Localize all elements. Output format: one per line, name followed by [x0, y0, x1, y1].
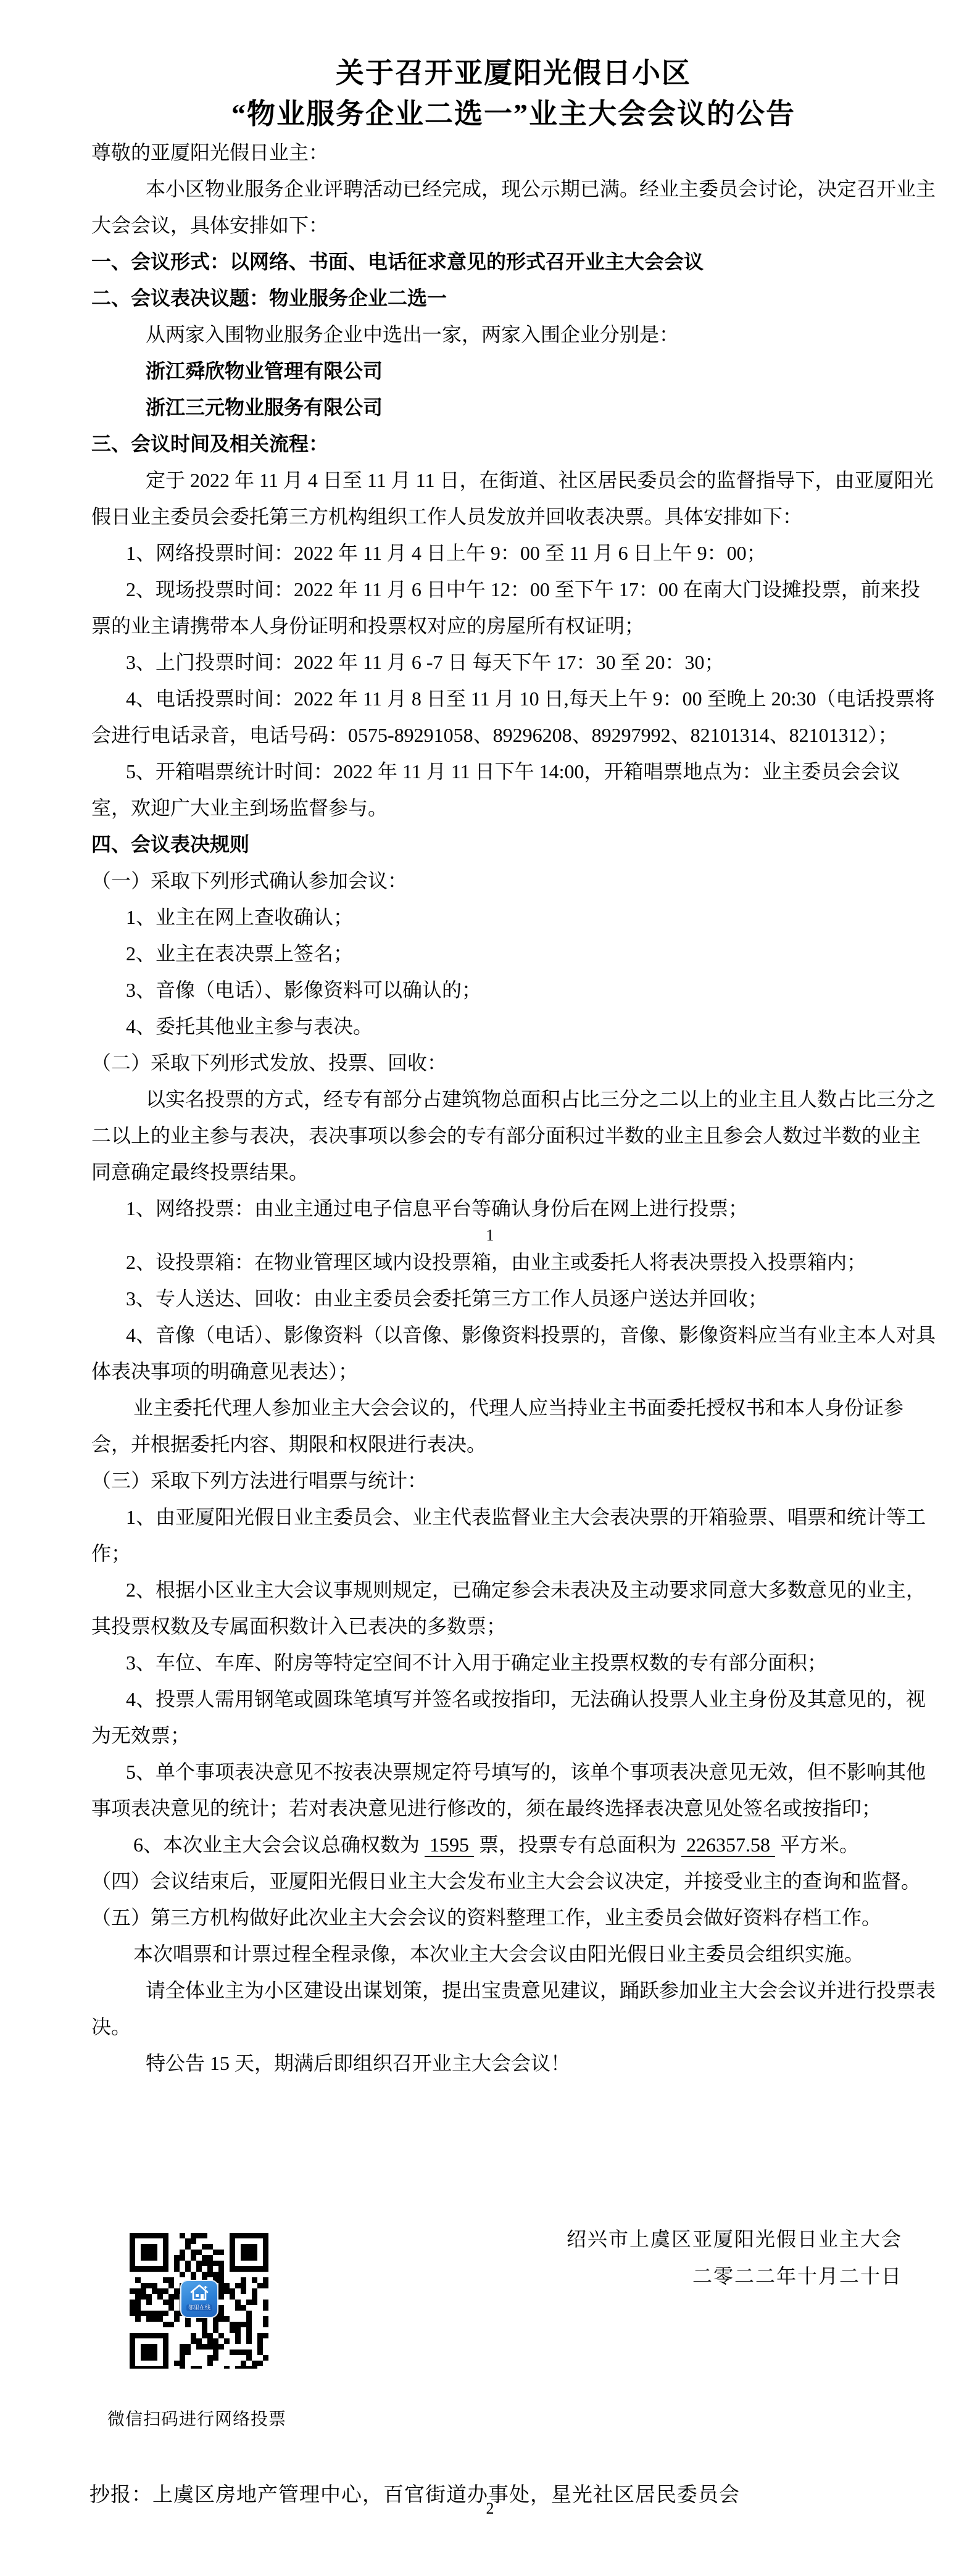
paragraph-line: 请全体业主为小区建设出谋划策，提出宝贵意见建议，踊跃参加业主大会会议并进行投票表… [91, 1972, 936, 2045]
wechat-voting-qr-code: 邻里在线 [130, 2233, 269, 2369]
paragraph-line: 浙江舜欣物业管理有限公司 [91, 353, 936, 389]
paragraph-line: （五）第三方机构做好此次业主大会会议的资料整理工作，业主委员会做好资料存档工作。 [91, 1900, 936, 1936]
paragraph-line: 2、根据小区业主大会议事规则规定，已确定参会未表决及主动要求同意大多数意见的业主… [91, 1572, 936, 1645]
paragraph-line: 5、单个事项表决意见不按表决票规定符号填写的，该单个事项表决意见无效，但不影响其… [91, 1754, 936, 1827]
paragraph-line: 4、委托其他业主参与表决。 [91, 1008, 936, 1045]
underlined-value: 1595 [425, 1834, 474, 1857]
house-icon [187, 2281, 212, 2304]
page-number-2: 2 [0, 2499, 980, 2518]
qr-center-logo: 邻里在线 [180, 2280, 218, 2318]
paragraph-line: 3、车位、车库、附房等特定空间不计入用于确定业主投票权数的专有部分面积； [91, 1645, 936, 1681]
section-heading: 四、会议表决规则 [91, 826, 936, 863]
paragraph-line: 本次唱票和计票过程全程录像，本次业主大会会议由阳光假日业主委员会组织实施。 [91, 1936, 936, 1972]
qr-caption: 微信扫码进行网络投票 [107, 2406, 286, 2430]
paragraph-line: （三）采取下列方法进行唱票与统计： [91, 1463, 936, 1499]
paragraph-line: 尊敬的亚厦阳光假日业主： [91, 135, 936, 171]
page-number-1: 1 [0, 1227, 980, 1244]
underlined-value: 226357.58 [681, 1834, 775, 1857]
paragraph-line: （一）采取下列形式确认参加会议： [91, 863, 936, 899]
paragraph-line: 1、网络投票时间：2022 年 11 月 4 日上午 9：00 至 11 月 6… [91, 535, 936, 571]
paragraph-line: 2、业主在表决票上签名； [91, 936, 936, 972]
paragraph-line: 4、音像（电话）、影像资料（以音像、影像资料投票的，音像、影像资料应当有业主本人… [91, 1317, 936, 1390]
paragraph-line: 3、上门投票时间：2022 年 11 月 6 -7 日 每天下午 17：30 至… [91, 644, 936, 681]
title-line-2: “物业服务企业二选一”业主大会会议的公告 [91, 94, 936, 135]
signature-date: 二零二二年十月二十日 [692, 2264, 902, 2288]
text-segment: 票，投票专有总面积为 [479, 1834, 676, 1856]
section-heading: 三、会议时间及相关流程： [91, 426, 936, 462]
paragraph-line: （二）采取下列形式发放、投票、回收： [91, 1045, 936, 1081]
paragraph-line: 特公告 15 天，期满后即组织召开业主大会会议！ [91, 2045, 936, 2082]
paragraph-line: 定于 2022 年 11 月 4 日至 11 月 11 日，在街道、社区居民委员… [91, 462, 936, 535]
text-segment: 6、本次业主大会会议总确权数为 [133, 1834, 420, 1856]
paragraph-line: 5、开箱唱票统计时间：2022 年 11 月 11 日下午 14:00，开箱唱票… [91, 754, 936, 826]
document-body: 关于召开亚厦阳光假日小区 “物业服务企业二选一”业主大会会议的公告 尊敬的亚厦阳… [91, 53, 936, 2082]
paragraph-line: 2、现场投票时间：2022 年 11 月 6 日中午 12：00 至下午 17：… [91, 571, 936, 644]
paragraph-line: 1、业主在网上查收确认； [91, 899, 936, 936]
paragraph-line: 4、投票人需用钢笔或圆珠笔填写并签名或按指印，无法确认投票人业主身份及其意见的，… [91, 1681, 936, 1754]
document-title: 关于召开亚厦阳光假日小区 “物业服务企业二选一”业主大会会议的公告 [91, 53, 936, 135]
qr-logo-label: 邻里在线 [186, 2304, 212, 2311]
text-segment: 平方米。 [780, 1834, 859, 1856]
section-heading: 一、会议形式：以网络、书面、电话征求意见的形式召开业主大会会议 [91, 244, 936, 280]
paragraph-list: 尊敬的亚厦阳光假日业主：本小区物业服务企业评聘活动已经完成，现公示期已满。经业主… [91, 135, 936, 2082]
section-heading: 二、会议表决议题：物业服务企业二选一 [91, 280, 936, 317]
signature-organization: 绍兴市上虞区亚厦阳光假日业主大会 [567, 2227, 902, 2251]
paragraph-line: 6、本次业主大会会议总确权数为 1595 票，投票专有总面积为 226357.5… [91, 1827, 936, 1863]
paragraph-line: 本小区物业服务企业评聘活动已经完成，现公示期已满。经业主委员会讨论，决定召开业主… [91, 171, 936, 244]
paragraph-line: 1、网络投票：由业主通过电子信息平台等确认身份后在网上进行投票； [91, 1190, 936, 1227]
paragraph-line: 2、设投票箱：在物业管理区域内设投票箱，由业主或委托人将表决票投入投票箱内； [91, 1244, 936, 1281]
paragraph-line: 4、电话投票时间：2022 年 11 月 8 日至 11 月 10 日,每天上午… [91, 681, 936, 754]
paragraph-line: （四）会议结束后，亚厦阳光假日业主大会发布业主大会会议决定，并接受业主的查询和监… [91, 1863, 936, 1900]
title-line-1: 关于召开亚厦阳光假日小区 [91, 53, 936, 94]
paragraph-line: 业主委托代理人参加业主大会会议的，代理人应当持业主书面委托授权书和本人身份证参会… [91, 1390, 936, 1463]
paragraph-line: 以实名投票的方式，经专有部分占建筑物总面积占比三分之二以上的业主且人数占比三分之… [91, 1081, 936, 1190]
announcement-document: { "document": { "title_lines": [ "关于召开亚厦… [0, 0, 980, 2576]
paragraph-line: 3、音像（电话）、影像资料可以确认的； [91, 972, 936, 1008]
paragraph-line: 浙江三元物业服务有限公司 [91, 389, 936, 426]
paragraph-line: 3、专人送达、回收：由业主委员会委托第三方工作人员逐户送达并回收； [91, 1281, 936, 1317]
paragraph-line: 1、由亚厦阳光假日业主委员会、业主代表监督业主大会表决票的开箱验票、唱票和统计等… [91, 1499, 936, 1572]
paragraph-line: 从两家入围物业服务企业中选出一家，两家入围企业分别是： [91, 317, 936, 353]
